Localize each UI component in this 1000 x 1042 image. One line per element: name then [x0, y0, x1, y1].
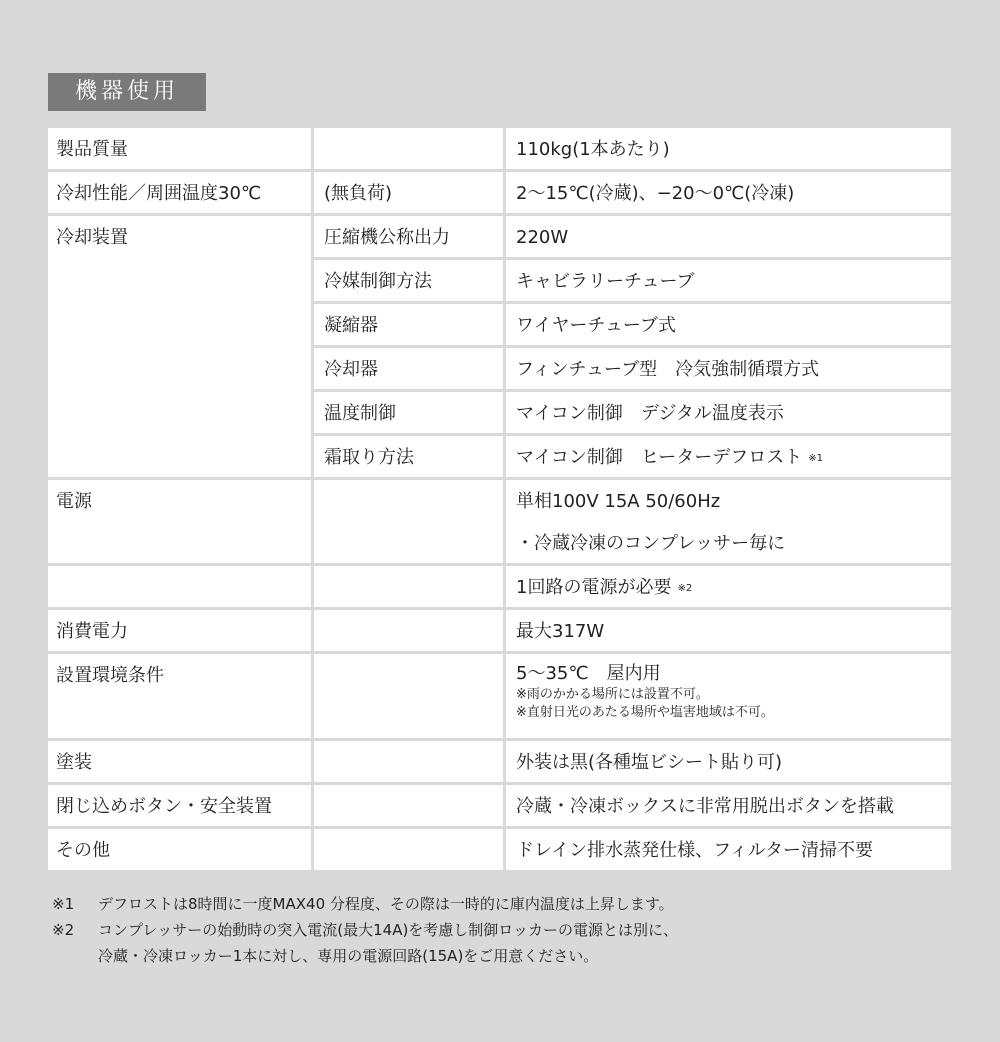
label-cell: 消費電力 — [48, 610, 311, 651]
value-cell: 最大317W — [506, 610, 951, 651]
sub-cell: 霜取り方法 — [314, 436, 503, 477]
value-cell: 外装は黒(各種塩ビシート貼り可) — [506, 741, 951, 782]
footnote: ※1デフロストは8時間に一度MAX40 分程度、その際は一時的に庫内温度は上昇し… — [52, 891, 674, 917]
sub-cell — [314, 566, 503, 607]
label-cell: 設置環境条件 — [48, 654, 311, 738]
value-cell: マイコン制御 ヒーターデフロスト※1 — [506, 436, 951, 477]
footnote: 冷蔵・冷凍ロッカー1本に対し、専用の電源回路(15A)をご用意ください。 — [52, 943, 598, 969]
value-cell: ワイヤーチューブ式 — [506, 304, 951, 345]
label-cell: 冷却装置 — [48, 216, 311, 477]
value-text-2: ・冷蔵冷凍のコンプレッサー毎に — [516, 522, 951, 563]
value-cell: 1回路の電源が必要※2 — [506, 566, 951, 607]
footnote-mark: ※1 — [52, 891, 98, 917]
sub-cell: 冷媒制御方法 — [314, 260, 503, 301]
sub-cell — [314, 785, 503, 826]
section-title: 機器使用 — [48, 73, 206, 111]
footnote-text: コンプレッサーの始動時の突入電流(最大14A)を考慮し制御ロッカーの電源とは別に… — [98, 921, 678, 939]
label-cell: 製品質量 — [48, 128, 311, 169]
value-text: 単相100V 15A 50/60Hz — [516, 480, 951, 524]
value-cell: キャビラリーチューブ — [506, 260, 951, 301]
sub-cell — [314, 654, 503, 738]
value-text: 1回路の電源が必要 — [516, 577, 671, 598]
value-cell: ドレイン排水蒸発仕様、フィルター清掃不要 — [506, 829, 951, 870]
sub-cell: 温度制御 — [314, 392, 503, 433]
footnote-mark: ※2 — [52, 917, 98, 943]
value-cell: 220W — [506, 216, 951, 257]
label-cell: 電源 — [48, 480, 311, 563]
label-cell — [48, 566, 311, 607]
sub-cell: (無負荷) — [314, 172, 503, 213]
sub-cell — [314, 829, 503, 870]
value-cell: 5〜35℃ 屋内用 ※雨のかかる場所には設置不可。 ※直射日光のあたる場所や塩害… — [506, 654, 951, 738]
value-cell: マイコン制御 デジタル温度表示 — [506, 392, 951, 433]
sub-cell — [314, 610, 503, 651]
sub-cell: 冷却器 — [314, 348, 503, 389]
footnote: ※2コンプレッサーの始動時の突入電流(最大14A)を考慮し制御ロッカーの電源とは… — [52, 917, 678, 943]
footnote-text: 冷蔵・冷凍ロッカー1本に対し、専用の電源回路(15A)をご用意ください。 — [98, 947, 598, 965]
label-cell: その他 — [48, 829, 311, 870]
label-cell: 閉じ込めボタン・安全装置 — [48, 785, 311, 826]
label-cell: 塗装 — [48, 741, 311, 782]
value-cell: 2〜15℃(冷蔵)、−20〜0℃(冷凍) — [506, 172, 951, 213]
footnote-text: デフロストは8時間に一度MAX40 分程度、その際は一時的に庫内温度は上昇します… — [98, 895, 674, 913]
value-cell: 単相100V 15A 50/60Hz ・冷蔵冷凍のコンプレッサー毎に — [506, 480, 951, 563]
caution-text: ※雨のかかる場所には設置不可。 — [516, 686, 951, 704]
footnote-ref: ※2 — [677, 583, 692, 594]
footnote-ref: ※1 — [808, 453, 823, 464]
sub-cell: 凝縮器 — [314, 304, 503, 345]
sub-cell — [314, 741, 503, 782]
value-cell: フィンチューブ型 冷気強制循環方式 — [506, 348, 951, 389]
value-text: マイコン制御 ヒーターデフロスト — [516, 447, 802, 468]
sub-cell — [314, 480, 503, 563]
label-cell: 冷却性能／周囲温度30℃ — [48, 172, 311, 213]
value-cell: 冷蔵・冷凍ボックスに非常用脱出ボタンを搭載 — [506, 785, 951, 826]
value-cell: 110kg(1本あたり) — [506, 128, 951, 169]
sub-cell — [314, 128, 503, 169]
sub-cell: 圧縮機公称出力 — [314, 216, 503, 257]
caution-text: ※直射日光のあたる場所や塩害地域は不可。 — [516, 704, 951, 722]
